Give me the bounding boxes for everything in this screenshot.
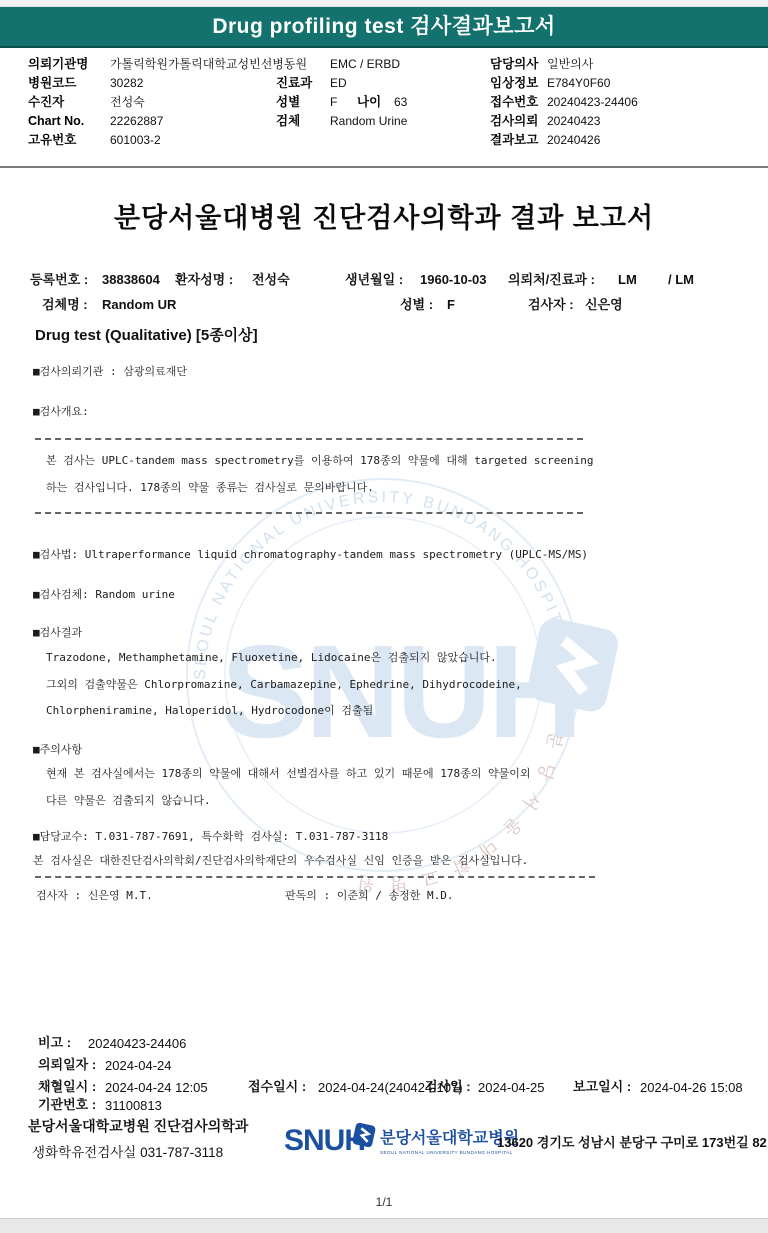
- meta-left-value-0: 가톨릭학원가톨릭대학교성빈선병동원: [110, 58, 307, 72]
- footer-testdate-value: 2024-04-25: [478, 1081, 545, 1096]
- meta-mid-sex-label: 성별: [276, 95, 300, 109]
- footer-receive-label: 접수일시 :: [248, 1080, 306, 1095]
- meta-right-label-3: 검사의뢰: [490, 114, 538, 128]
- body-result-line3: Chlorpheniramine, Haloperidol, Hydrocodo…: [46, 705, 373, 718]
- footer-request-label: 의뢰일자 :: [38, 1058, 96, 1073]
- footer-request-value: 2024-04-24: [105, 1059, 172, 1074]
- body-request-org: ■검사의뢰기관 : 삼광의료재단: [33, 366, 187, 379]
- patient-ref-value-2: / LM: [668, 273, 694, 288]
- meta-mid-specimen-label: 검체: [276, 114, 300, 128]
- test-name: Drug test (Qualitative) [5종이상]: [35, 327, 258, 344]
- footer-orgno-label: 기관번호 :: [38, 1098, 96, 1113]
- body-overview-line2: 하는 검사입니다. 178종의 약물 종류는 검사실로 문의바랍니다.: [46, 482, 374, 495]
- snuh-logo-hospital-en: SEOUL NATIONAL UNIVERSITY BUNDANG HOSPIT…: [380, 1150, 513, 1155]
- meta-right-label-2: 접수번호: [490, 95, 538, 109]
- body-method: ■검사법: Ultraperformance liquid chromatogr…: [33, 549, 588, 562]
- meta-left-label-2: 수진자: [28, 95, 64, 109]
- meta-right-label-4: 결과보고: [490, 133, 538, 147]
- meta-mid-sex-value: F: [330, 96, 337, 110]
- body-result-line2: 그외의 검출약물은 Chlorpromazine, Carbamazepine,…: [46, 679, 522, 692]
- footer-testdate-label: 검사일 :: [425, 1080, 471, 1095]
- meta-left-label-4: 고유번호: [28, 133, 76, 147]
- banner: Drug profiling test 검사결과보고서: [0, 7, 768, 48]
- meta-right-value-2: 20240423-24406: [547, 96, 638, 110]
- patient-birth-value: 1960-10-03: [420, 273, 487, 288]
- footer-note-label: 비고 :: [38, 1036, 71, 1051]
- footer-reportdate-value: 2024-04-26 15:08: [640, 1081, 743, 1096]
- meta-mid-age-value: 63: [394, 96, 407, 110]
- dashed-divider-1: [35, 438, 583, 440]
- meta-mid-dept-label: 진료과: [276, 76, 312, 90]
- meta-right-value-4: 20240426: [547, 134, 600, 148]
- footer-reportdate-label: 보고일시 :: [573, 1080, 631, 1095]
- patient-tester-value: 신은영: [585, 298, 623, 313]
- page-number: 1/1: [0, 1196, 768, 1210]
- banner-title: Drug profiling test 검사결과보고서: [0, 7, 768, 46]
- top-strip: [0, 0, 768, 7]
- snuh-watermark-seal: SEOUL NATIONAL UNIVERSITY BUNDANG HOSPIT…: [105, 455, 665, 895]
- meta-left-label-3: Chart No.: [28, 114, 84, 128]
- sign-reader: 판독의 : 이준희 / 송정한 M.D.: [285, 890, 453, 903]
- footer-department: 분당서울대학교병원 진단검사의학과: [28, 1118, 248, 1134]
- meta-left-label-0: 의뢰기관명: [28, 57, 88, 71]
- footer-orgno-value: 31100813: [105, 1099, 162, 1114]
- patient-reg-label: 등록번호 :: [30, 273, 88, 288]
- patient-reg-value: 38838604: [102, 273, 160, 288]
- meta-left-label-1: 병원코드: [28, 76, 76, 90]
- meta-right-label-1: 임상정보: [490, 76, 538, 90]
- meta-mid-emc: EMC / ERBD: [330, 58, 400, 72]
- meta-right-label-0: 담당의사: [490, 57, 538, 71]
- dashed-divider-3: [35, 876, 595, 878]
- body-specimen: ■검사검체: Random urine: [33, 589, 175, 602]
- patient-ref-label: 의뢰처/진료과 :: [508, 273, 595, 288]
- report-page: SEOUL NATIONAL UNIVERSITY BUNDANG HOSPIT…: [0, 0, 768, 1233]
- watermark-shield-icon: [525, 616, 621, 715]
- patient-sex-label: 성별 :: [400, 298, 433, 313]
- report-title: 분당서울대병원 진단검사의학과 결과 보고서: [0, 203, 768, 234]
- patient-name-label: 환자성명 :: [175, 273, 233, 288]
- meta-right-value-1: E784Y0F60: [547, 77, 610, 91]
- body-overview-line1: 본 검사는 UPLC-tandem mass spectrometry를 이용하…: [46, 455, 594, 468]
- header-separator: [0, 166, 768, 168]
- body-caution-line2: 다른 약물은 검출되지 않습니다.: [46, 795, 211, 808]
- meta-left-value-3: 22262887: [110, 115, 163, 129]
- meta-right-value-0: 일반의사: [547, 58, 593, 72]
- footer-lab-phone: 생화학유전검사실 031-787-3118: [32, 1145, 223, 1161]
- body-contact: ■담당교수: T.031-787-7691, 특수화학 검사실: T.031-7…: [33, 831, 388, 844]
- snuh-logo-shield-icon: [352, 1122, 376, 1148]
- meta-left-value-2: 전성숙: [110, 96, 145, 110]
- body-accreditation: 본 검사실은 대한진단검사의학회/진단검사의학재단의 우수검사실 신임 인증을 …: [33, 855, 528, 868]
- meta-left-value-1: 30282: [110, 77, 143, 91]
- patient-sex-value: F: [447, 298, 455, 313]
- body-caution-header: ■주의사항: [33, 744, 82, 757]
- footer-collect-value: 2024-04-24 12:05: [105, 1081, 208, 1096]
- meta-right-value-3: 20240423: [547, 115, 600, 129]
- meta-left-value-4: 601003-2: [110, 134, 161, 148]
- footer-note-value: 20240423-24406: [88, 1037, 186, 1052]
- patient-birth-label: 생년월일 :: [345, 273, 403, 288]
- patient-specimen-label: 검체명 :: [42, 298, 88, 313]
- body-result-header: ■검사결과: [33, 627, 82, 640]
- body-caution-line1: 현재 본 검사실에서는 178종의 약물에 대해서 선별검사를 하고 있기 때문…: [46, 768, 531, 781]
- meta-mid-specimen-value: Random Urine: [330, 115, 407, 129]
- meta-mid-dept-value: ED: [330, 77, 347, 91]
- patient-tester-label: 검사자 :: [528, 298, 574, 313]
- meta-mid-age-label: 나이: [357, 95, 381, 109]
- patient-name-value: 전성숙: [252, 273, 290, 288]
- footer-address: 13620 경기도 성남시 분당구 구미로 173번길 82: [497, 1136, 767, 1151]
- sign-tester: 검사자 : 신은영 M.T.: [36, 890, 153, 903]
- bottom-strip: [0, 1218, 768, 1233]
- footer-collect-label: 채혈일시 :: [38, 1080, 96, 1095]
- patient-ref-value: LM: [618, 273, 637, 288]
- body-overview-header: ■검사개요:: [33, 406, 89, 419]
- dashed-divider-2: [35, 512, 583, 514]
- patient-specimen-value: Random UR: [102, 298, 176, 313]
- body-result-line1: Trazodone, Methamphetamine, Fluoxetine, …: [46, 652, 497, 665]
